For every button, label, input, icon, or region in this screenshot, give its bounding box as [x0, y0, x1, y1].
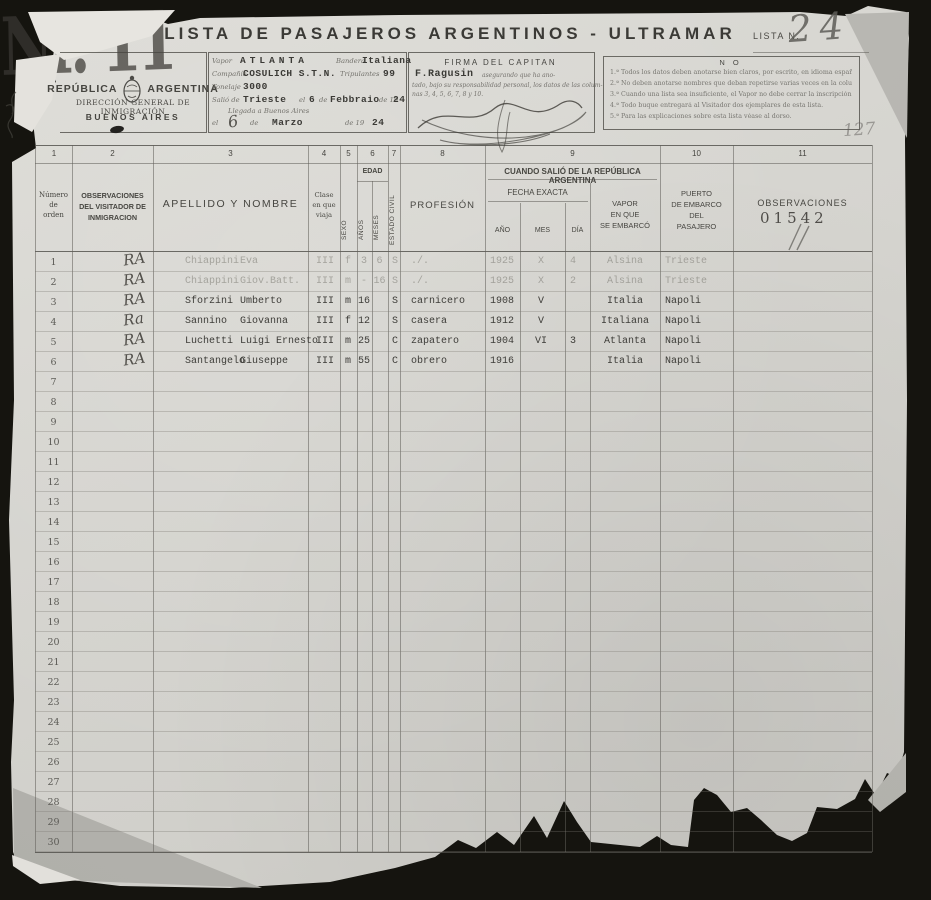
row-number: 10: [35, 433, 72, 453]
cell-estado-civil: S: [388, 255, 402, 269]
cell-estado-civil: S: [388, 295, 402, 309]
cell-vapor: Alsina: [590, 255, 660, 269]
notes-title: N O: [603, 58, 858, 67]
row-number: 27: [35, 773, 72, 793]
row-number: 16: [35, 553, 72, 573]
cell-sexo: m: [340, 275, 356, 289]
captain-fineprint-1: asegurando que ha ano-: [482, 72, 555, 79]
cell-estado-civil: S: [388, 275, 402, 289]
cell-nombre: Giuseppe: [240, 355, 288, 369]
cell-vapor: Alsina: [590, 275, 660, 289]
cell-salida-ano: 1912: [490, 315, 520, 329]
row-number: 19: [35, 613, 72, 633]
captain-name: F.Ragusin: [415, 69, 474, 80]
cell-vapor: Italia: [590, 295, 660, 309]
row-number: 23: [35, 693, 72, 713]
cell-apellido: Sannino: [185, 315, 227, 329]
tonelaje-label: Tonelaje: [212, 83, 241, 91]
col-number-5: 5: [340, 149, 357, 158]
de-label2: de: [250, 119, 258, 127]
cell-clase: III: [308, 315, 342, 329]
row-number: 17: [35, 573, 72, 593]
cell-salida-mes: VI: [523, 335, 559, 349]
col-number-7: 7: [388, 149, 400, 158]
cell-visitador-mark: RA: [122, 246, 175, 267]
cell-salida-mes: X: [523, 275, 559, 289]
cell-salida-mes: V: [523, 295, 559, 309]
note-line: 3.ª Cuando una lista sea insuficiente, e…: [610, 91, 852, 98]
cell-salida-dia: 2: [562, 275, 584, 289]
header-ano: AÑO: [485, 227, 520, 234]
agency-name-left: REPÚBLICA: [47, 83, 117, 95]
table-bottom-line: [35, 852, 872, 853]
bandera-value: Italiana: [362, 55, 412, 66]
cell-salida-dia: 3: [562, 335, 584, 349]
check-stroke-icon: [785, 222, 815, 252]
cell-anos: 3: [356, 255, 372, 269]
llegada-ano: 24: [372, 117, 384, 128]
bandera-label: Bandera: [336, 57, 365, 65]
col-number-10: 10: [660, 149, 733, 158]
row-number: 11: [35, 453, 72, 473]
header-numero-orden: Número de orden: [35, 190, 72, 220]
header-dia: DÍA: [565, 227, 590, 234]
cell-visitador-mark: RA: [122, 326, 175, 347]
divider: [753, 52, 869, 53]
cell-nombre: Luigi Ernesto: [240, 335, 318, 349]
cell-visitador-mark: RA: [122, 266, 175, 287]
row-number: 25: [35, 733, 72, 753]
row-number: 22: [35, 673, 72, 693]
cell-apellido: Chiappini: [185, 255, 239, 269]
col-number-6: 6: [357, 149, 388, 158]
cell-anos: 16: [356, 295, 372, 309]
margin-scribble-icon: [2, 88, 24, 140]
cell-apellido: Santangelo: [185, 355, 245, 369]
cell-anos: -: [356, 275, 372, 289]
cell-visitador-mark: RA: [122, 346, 175, 367]
row-number: 30: [35, 833, 72, 853]
captain-signature-icon: [410, 90, 595, 155]
row-number: 20: [35, 633, 72, 653]
header-profesion: PROFESIÓN: [400, 200, 485, 211]
cell-puerto: Napoli: [665, 335, 735, 349]
cell-nombre: Eva: [240, 255, 258, 269]
margin-handwritten-note: 127: [842, 119, 876, 141]
salida-ano: 24: [393, 94, 405, 105]
col-number-4: 4: [308, 149, 340, 158]
row-number: 26: [35, 753, 72, 773]
row-number: 14: [35, 513, 72, 533]
row-number: 24: [35, 713, 72, 733]
row-number: 29: [35, 813, 72, 833]
salio-puerto: Trieste: [243, 94, 286, 105]
col-number-11: 11: [733, 149, 872, 158]
tonelaje-value: 3000: [243, 81, 268, 92]
cell-salida-mes: X: [523, 255, 559, 269]
cell-anos: 25: [356, 335, 372, 349]
table-line: [35, 163, 872, 164]
header-visitador: OBSERVACIONES DEL VISITADOR DE INMIGRACI…: [72, 190, 153, 223]
cell-sexo: m: [340, 295, 356, 309]
note-line: 1.ª Todos los datos deben anotarse bien …: [610, 69, 852, 76]
row-number: 9: [35, 413, 72, 433]
cell-clase: III: [308, 275, 342, 289]
cell-meses: 16: [371, 275, 388, 289]
note-line: 4.ª Todo buque entregará al Visitador do…: [610, 102, 852, 109]
cell-anos: 55: [356, 355, 372, 369]
cell-apellido: Chiappini: [185, 275, 239, 289]
cell-anos: 12: [356, 315, 372, 329]
cell-salida-ano: 1908: [490, 295, 520, 309]
cell-visitador-mark: RA: [122, 286, 175, 307]
de19-label2: de 19: [345, 119, 364, 127]
header-cuando-salio: CUANDO SALIÓ DE LA REPÚBLICA ARGENTINA: [487, 167, 658, 185]
fecha-underline: [488, 201, 588, 202]
header-clase: Clase en que viaja: [308, 190, 340, 220]
cell-nombre: Giovanna: [240, 315, 288, 329]
cell-salida-ano: 1925: [490, 275, 520, 289]
compania-label: Compañía: [212, 70, 247, 78]
cell-sexo: f: [340, 255, 356, 269]
captain-title: FIRMA DEL CAPITAN: [408, 58, 593, 67]
row-number: 15: [35, 533, 72, 553]
lista-n-handwritten-value: 24: [787, 4, 853, 51]
header-meses: MESES: [373, 195, 387, 240]
header-mes: MES: [520, 227, 565, 234]
note-line: 2.ª No deben anotarse nombres que deban …: [610, 80, 852, 87]
de-label: de: [319, 96, 327, 104]
header-anos: AÑOS: [358, 195, 371, 240]
scanned-passenger-list-page: LISTA DE PASAJEROS ARGENTINOS - ULTRAMAR…: [0, 0, 931, 900]
salida-dia: 6: [309, 94, 315, 105]
salida-mes: Febbraio: [330, 94, 380, 105]
cell-estado-civil: C: [388, 335, 402, 349]
cell-sexo: f: [340, 315, 356, 329]
header-puerto-embarco: PUERTO DE EMBARCO DEL PASAJERO: [660, 188, 733, 232]
cell-estado-civil: S: [388, 315, 402, 329]
cell-salida-mes: V: [523, 315, 559, 329]
cell-apellido: Luchetti: [185, 335, 233, 349]
header-observaciones: OBSERVACIONES: [733, 198, 872, 208]
row-number: 8: [35, 393, 72, 413]
tripulantes-value: 99: [383, 68, 395, 79]
table-row: RA Santangelo Giuseppe III m 55 C obrero…: [35, 352, 872, 372]
vapor-label: Vapor: [212, 57, 232, 65]
cell-clase: III: [308, 255, 342, 269]
header-estado-civil: ESTADO CIVIL: [389, 185, 399, 245]
agency-name-right: ARGENTINA: [147, 83, 218, 95]
cell-puerto: Napoli: [665, 315, 735, 329]
el-label: el: [299, 96, 305, 104]
header-fecha-exacta: FECHA EXACTA: [485, 188, 590, 197]
note-line: 5.ª Para las explicaciones sobre esta li…: [610, 113, 852, 120]
row-number: 12: [35, 473, 72, 493]
row-number: 18: [35, 593, 72, 613]
salio-label: Salió de: [212, 96, 240, 104]
cell-meses: 6: [371, 255, 388, 269]
header-edad: EDAD: [357, 168, 388, 175]
captain-fineprint-2: tado, bajo su responsabilidad personal, …: [412, 82, 602, 89]
cell-estado-civil: C: [388, 355, 402, 369]
compania-value: COSULICH S.T.N.: [243, 68, 336, 79]
cell-sexo: m: [340, 355, 356, 369]
grid-line: [872, 145, 873, 852]
llegada-label: Llegada a Buenos Aires: [228, 107, 309, 115]
cell-vapor: Atlanta: [590, 335, 660, 349]
agency-city: BUENOS AIRES: [60, 112, 206, 122]
cell-salida-dia: 4: [562, 255, 584, 269]
cell-puerto: Trieste: [665, 275, 735, 289]
cell-clase: III: [308, 355, 342, 369]
col-number-2: 2: [72, 149, 153, 158]
cell-clase: III: [308, 295, 342, 309]
cell-vapor: Italiana: [590, 315, 660, 329]
col-number-3: 3: [153, 149, 308, 158]
cell-salida-ano: 1904: [490, 335, 520, 349]
vapor-value: ATLANTA: [240, 55, 308, 66]
cell-salida-ano: 1916: [490, 355, 520, 369]
el-label2: el: [212, 119, 218, 127]
row-number: 7: [35, 373, 72, 393]
cell-apellido: Sforzini: [185, 295, 233, 309]
cell-vapor: Italia: [590, 355, 660, 369]
cell-puerto: Napoli: [665, 355, 735, 369]
row-number: 21: [35, 653, 72, 673]
row-number: 13: [35, 493, 72, 513]
cell-clase: III: [308, 335, 342, 349]
cell-puerto: Trieste: [665, 255, 735, 269]
cell-sexo: m: [340, 335, 356, 349]
tripulantes-label: Tripulantes: [340, 70, 380, 78]
llegada-mes: Marzo: [272, 117, 303, 128]
col-number-1: 1: [36, 149, 72, 158]
header-apellido-nombre: APELLIDO Y NOMBRE: [153, 198, 308, 210]
cell-nombre: Giov.Batt.: [240, 275, 300, 289]
header-sexo: SEXO: [341, 195, 356, 240]
cell-visitador-mark: Ra: [122, 306, 175, 327]
cell-puerto: Napoli: [665, 295, 735, 309]
row-number: 28: [35, 793, 72, 813]
cell-salida-ano: 1925: [490, 255, 520, 269]
cell-nombre: Umberto: [240, 295, 282, 309]
header-vapor-embarco: VAPOR EN QUE SE EMBARCÓ: [590, 198, 660, 231]
